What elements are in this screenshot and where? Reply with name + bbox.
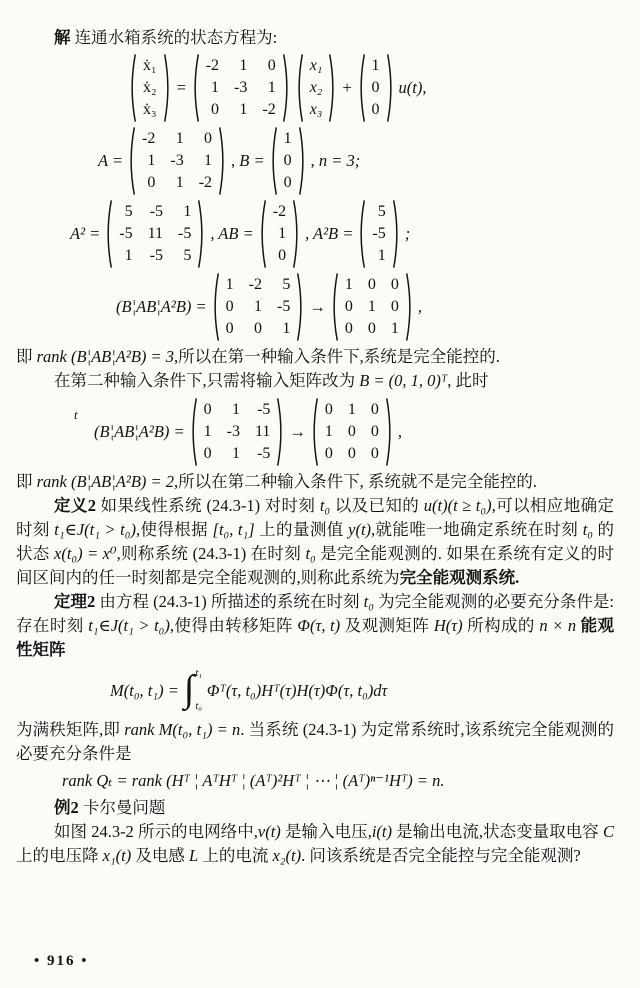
matrix: ẋ₁ẋ₂ẋ₃ <box>129 53 171 123</box>
equation-state-space: ẋ₁ẋ₂ẋ₃ = -2101-3101-2x₁x₂x₃ + 100u(t), <box>16 53 614 123</box>
equation-observability-gramian: M(t₀, t₁) = ∫t₁t₀Φᵀ(τ, t₀)Hᵀ(τ)H(τ)Φ(τ, … <box>16 668 614 714</box>
equation-controllability-matrix-2: t(B¦AB¦A²B) = 01-51-31101-5 → 010100000, <box>16 397 614 467</box>
matrix: -210 <box>259 199 300 269</box>
matrix: -2101-3101-2 <box>128 126 226 196</box>
matrix: 1-2501-5001 <box>212 272 305 342</box>
matrix: x₁x₂x₃ <box>296 53 337 123</box>
matrix: 5-51 <box>358 199 399 269</box>
para-full-rank-condition: 为满秩矩阵,即 rank M(t₀, t₁) = n. 当系统 (24.3-1)… <box>16 718 614 766</box>
para-rank-2-conclusion: 即 rank (B¦AB¦A²B) = 2,所以在第二种输入条件下, 系统就不是… <box>16 470 614 494</box>
equation-controllability-matrix-1: (B¦AB¦A²B) = 1-2501-5001 → 100010001, <box>16 272 614 342</box>
para-kalman-problem: 如图 24.3-2 所示的电网络中,v(t) 是输入电压,i(t) 是输出电流,… <box>16 820 614 868</box>
matrix: 01-51-31101-5 <box>190 397 285 467</box>
equation-a2-ab-a2b: A² = 5-51-511-51-55, AB = -210, A²B = 5-… <box>16 199 614 269</box>
matrix: 100 <box>270 126 306 196</box>
stray-scan-mark: t <box>74 407 78 423</box>
page-number: • 916 • <box>34 953 89 970</box>
para-solution-intro: 解 连通水箱系统的状态方程为: <box>16 26 614 50</box>
para-rank-3-conclusion: 即 rank (B¦AB¦A²B) = 3,所以在第一种输入条件下,系统是完全能… <box>16 345 614 369</box>
matrix: 100010001 <box>331 272 413 342</box>
equation-body: (B¦AB¦A²B) = 01-51-31101-5 → 010100000, <box>92 397 404 467</box>
integral-sign: ∫t₁t₀ <box>184 670 202 712</box>
equation-a-b-n: A = -2101-3101-2, B = 100, n = 3; <box>16 126 614 196</box>
para-example-2-title: 例2 卡尔曼问题 <box>16 796 614 820</box>
matrix: 010100000 <box>311 397 393 467</box>
para-second-input-condition: 在第二种输入条件下,只需将输入矩阵改为 B = (0, 1, 0)ᵀ, 此时 <box>16 369 614 393</box>
matrix: -2101-3101-2 <box>192 53 290 123</box>
scanned-page: 解 连通水箱系统的状态方程为: ẋ₁ẋ₂ẋ₃ = -2101-3101-2x₁x… <box>0 0 640 988</box>
equation-rank-q: rank Qₜ = rank (Hᵀ ¦ AᵀHᵀ ¦ (Aᵀ)²Hᵀ ¦ ⋯ … <box>16 768 614 794</box>
matrix: 5-51-511-51-55 <box>105 199 205 269</box>
para-theorem-2: 定理2 由方程 (24.3-1) 所描述的系统在时刻 t₀ 为完全能观测的必要充… <box>16 590 614 662</box>
para-definition-2: 定义2 如果线性系统 (24.3-1) 对时刻 t₀ 以及已知的 u(t)(t … <box>16 494 614 590</box>
matrix: 100 <box>358 53 394 123</box>
